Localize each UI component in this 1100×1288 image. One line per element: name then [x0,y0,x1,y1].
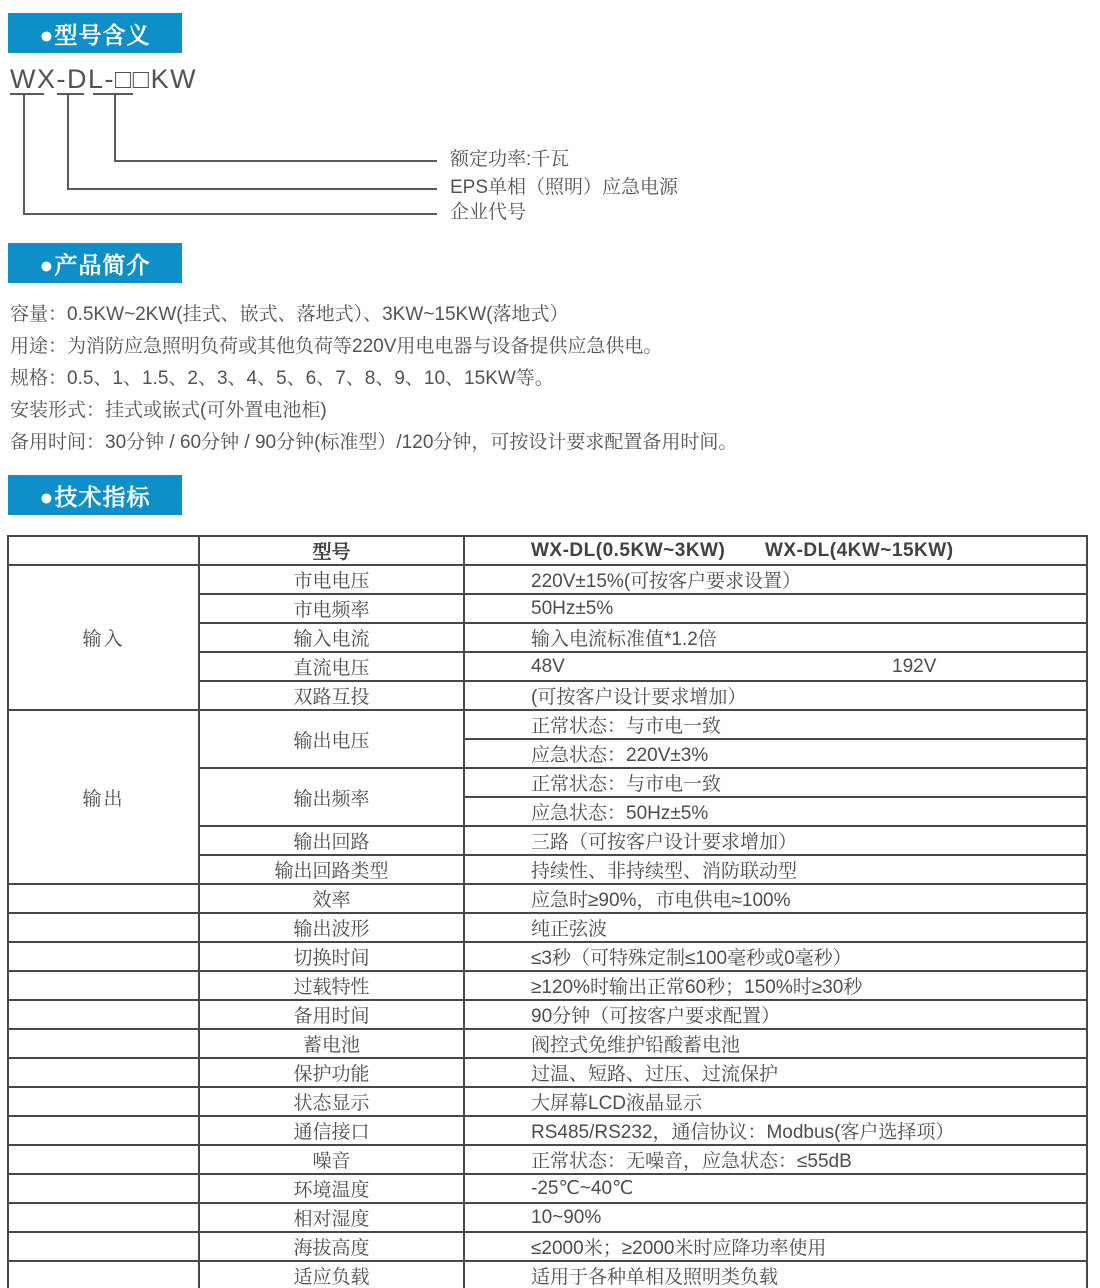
table-row: 输入 市电电压 220V±15%(可按客户要求设置） [8,565,1087,594]
underline-segment-dl [57,93,84,95]
dc-voltage-large: 192V [892,656,936,678]
group-cell-empty [8,1116,199,1145]
spec-label: 相对湿度 [199,1203,464,1232]
spec-label: 蓄电池 [199,1029,464,1058]
group-cell-empty [8,1203,199,1232]
table-row: 环境温度 -25℃~40℃ [8,1174,1087,1203]
spec-value: 正常状态：与市电一致 [464,768,1087,797]
group-cell-output: 输出 [8,710,199,884]
spec-value: (可按客户设计要求增加） [464,681,1087,710]
datasheet-page: ●型号含义 WX-DL-□□KW 额定功率:千瓦 EPS单相（照明）应急电源 企… [0,0,1100,1288]
dc-voltage-small: 48V [531,656,565,678]
spec-value: 应急状态：50Hz±5% [464,797,1087,826]
table-row: 适应负载 适用于各种单相及照明类负载 [8,1261,1087,1288]
section-header-product-intro: ●产品简介 [8,243,182,283]
spec-value: ≤2000米；≥2000米时应降功率使用 [464,1232,1087,1261]
spec-label: 输出频率 [199,768,464,826]
group-cell-empty [8,1058,199,1087]
header-label: 型号 [199,536,464,565]
spec-label: 输出电压 [199,710,464,768]
intro-line-backup-time: 备用时间：30分钟 / 60分钟 / 90分钟(标准型）/120分钟，可按设计要… [10,427,1090,459]
table-row: 输出 输出电压 正常状态：与市电一致 [8,710,1087,739]
callout-line-horizontal-3 [114,160,437,162]
table-row: 效率 应急时≥90%，市电供电≈100% [8,884,1087,913]
spec-table: 型号 WX-DL(0.5KW~3KW) WX-DL(4KW~15KW) 输入 市… [7,535,1088,1288]
spec-value: ≤3秒（可特殊定制≤100毫秒或0毫秒） [464,942,1087,971]
table-row: 过载特性 ≥120%时输出正常60秒；150%时≥30秒 [8,971,1087,1000]
spec-label: 效率 [199,884,464,913]
group-cell-empty [8,1174,199,1203]
spec-label: 通信接口 [199,1116,464,1145]
callout-rated-power: 额定功率:千瓦 [450,148,569,172]
spec-value: 三路（可按客户设计要求增加） [464,826,1087,855]
spec-value-split: 48V 192V [464,652,1087,681]
group-cell-empty [8,1029,199,1058]
table-row: 输出波形 纯正弦波 [8,913,1087,942]
callout-eps-type: EPS单相（照明）应急电源 [450,176,678,200]
table-row: 状态显示 大屏幕LCD液晶显示 [8,1087,1087,1116]
spec-value: 90分钟（可按客户要求配置） [464,1000,1087,1029]
table-row: 备用时间 90分钟（可按客户要求配置） [8,1000,1087,1029]
group-cell-input: 输入 [8,565,199,710]
callout-line-horizontal-2 [67,188,437,190]
spec-label: 市电频率 [199,594,464,623]
spec-label: 切换时间 [199,942,464,971]
callout-line-horizontal-1 [23,213,437,215]
spec-label: 输出回路 [199,826,464,855]
spec-label: 双路互投 [199,681,464,710]
spec-label: 备用时间 [199,1000,464,1029]
spec-value: 正常状态：无噪音，应急状态：≤55dB [464,1145,1087,1174]
product-intro-text: 容量：0.5KW~2KW(挂式、嵌式、落地式）、3KW~15KW(落地式） 用途… [10,299,1090,459]
spec-value: 过温、短路、过压、过流保护 [464,1058,1087,1087]
table-row: 保护功能 过温、短路、过压、过流保护 [8,1058,1087,1087]
spec-value: ≥120%时输出正常60秒；150%时≥30秒 [464,971,1087,1000]
intro-line-capacity: 容量：0.5KW~2KW(挂式、嵌式、落地式）、3KW~15KW(落地式） [10,299,1090,331]
spec-value: 输入电流标准值*1.2倍 [464,623,1087,652]
spec-value: 220V±15%(可按客户要求设置） [464,565,1087,594]
spec-label: 市电电压 [199,565,464,594]
spec-label: 输入电流 [199,623,464,652]
table-row: 海拔高度 ≤2000米；≥2000米时应降功率使用 [8,1232,1087,1261]
table-row-header: 型号 WX-DL(0.5KW~3KW) WX-DL(4KW~15KW) [8,536,1087,565]
group-cell-empty [8,942,199,971]
spec-value: 大屏幕LCD液晶显示 [464,1087,1087,1116]
table-row: 蓄电池 阀控式免维护铅酸蓄电池 [8,1029,1087,1058]
table-row: 相对湿度 10~90% [8,1203,1087,1232]
spec-label: 保护功能 [199,1058,464,1087]
spec-value: 持续性、非持续型、消防联动型 [464,855,1087,884]
spec-value: 适用于各种单相及照明类负载 [464,1261,1087,1288]
header-models-cell: WX-DL(0.5KW~3KW) WX-DL(4KW~15KW) [464,536,1087,565]
spec-value: RS485/RS232，通信协议：Modbus(客户选择项） [464,1116,1087,1145]
spec-value: -25℃~40℃ [464,1174,1087,1203]
intro-line-usage: 用途：为消防应急照明负荷或其他负荷等220V用电电器与设备提供应急供电。 [10,331,1090,363]
spec-value: 50Hz±5% [464,594,1087,623]
table-row: 通信接口 RS485/RS232，通信协议：Modbus(客户选择项） [8,1116,1087,1145]
spec-label: 输出回路类型 [199,855,464,884]
underline-segment-wx [10,93,44,95]
spec-label: 海拔高度 [199,1232,464,1261]
spec-value: 正常状态：与市电一致 [464,710,1087,739]
spec-label: 过载特性 [199,971,464,1000]
group-cell-empty [8,1145,199,1174]
spec-label: 环境温度 [199,1174,464,1203]
group-cell-empty [8,1261,199,1288]
spec-label: 噪音 [199,1145,464,1174]
spec-value: 应急状态：220V±3% [464,739,1087,768]
spec-value: 纯正弦波 [464,913,1087,942]
group-cell-empty [8,536,199,565]
model-small-range: WX-DL(0.5KW~3KW) [531,540,725,562]
intro-line-mounting: 安装形式：挂式或嵌式(可外置电池柜) [10,395,1090,427]
group-cell-empty [8,1232,199,1261]
intro-line-spec: 规格：0.5、1、1.5、2、3、4、5、6、7、8、9、10、15KW等。 [10,363,1090,395]
callout-line-vertical-1 [23,95,25,213]
section-title: ●产品简介 [40,247,151,280]
group-cell-empty [8,971,199,1000]
spec-value: 阀控式免维护铅酸蓄电池 [464,1029,1087,1058]
group-cell-empty [8,1087,199,1116]
spec-value: 10~90% [464,1203,1087,1232]
table-row: 切换时间 ≤3秒（可特殊定制≤100毫秒或0毫秒） [8,942,1087,971]
model-large-range: WX-DL(4KW~15KW) [765,540,954,562]
spec-label: 直流电压 [199,652,464,681]
callout-line-vertical-3 [114,95,116,160]
model-code-diagram: WX-DL-□□KW 额定功率:千瓦 EPS单相（照明）应急电源 企业代号 [0,0,1100,240]
section-header-tech-specs: ●技术指标 [8,475,182,515]
section-title: ●技术指标 [40,479,151,512]
underline-segment-kw [93,93,133,95]
group-cell-empty [8,913,199,942]
callout-line-vertical-2 [67,95,69,188]
model-code-text: WX-DL-□□KW [10,64,197,95]
spec-label: 输出波形 [199,913,464,942]
spec-value: 应急时≥90%，市电供电≈100% [464,884,1087,913]
spec-label: 状态显示 [199,1087,464,1116]
group-cell-empty [8,1000,199,1029]
table-row: 噪音 正常状态：无噪音，应急状态：≤55dB [8,1145,1087,1174]
callout-company-code: 企业代号 [450,201,526,225]
group-cell-empty [8,884,199,913]
spec-label: 适应负载 [199,1261,464,1288]
